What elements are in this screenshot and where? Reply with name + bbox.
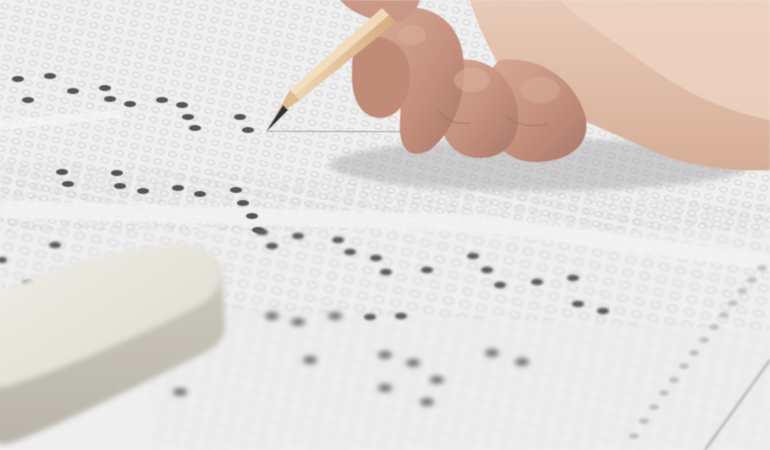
answer-sheet	[0, 0, 770, 450]
photo-scene: Close-up of a hand holding a pencil fill…	[0, 0, 770, 450]
hand	[340, 0, 770, 170]
